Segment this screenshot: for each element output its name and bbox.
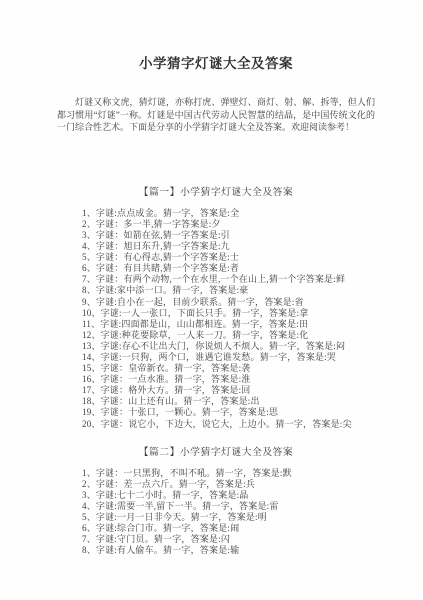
riddle-item: 16、字谜：一点水准。猜一字，答案是:淮 [82,374,375,385]
riddle-item: 6、字谜:综合门市。猜一字，答案是:闹 [82,523,375,534]
riddle-item: 19、字谜：十张口，一颗心。猜一字，答案是:思 [82,407,375,418]
riddle-item: 1、字谜:点点成金。猜一字，答案是:全 [82,208,375,219]
riddle-list: 1、字谜：一只黑狗，不叫不吼。猜一字，答案是:默2、字谜：差一点六斤。猜一字，答… [82,468,375,557]
riddle-item: 3、字谜:七十二小时。猜一字，答案是:晶 [82,490,375,501]
riddle-item: 5、字谜:一月一日非今天。猜一字，答案是:明 [82,512,375,523]
riddle-item: 20、字谜：说它小，下边大，说它大，上边小。猜一字，答案是:尖 [82,419,375,430]
sections-container: 【篇一】小学猜字灯谜大全及答案1、字谜:点点成金。猜一字，答案是:全2、字谜：多… [57,184,375,557]
riddle-item: 8、字谜:有人偷车。猜一字，答案是:输 [82,545,375,556]
riddle-item: 11、字谜:四面都是山，山山都相连。猜一字，答案是:田 [82,319,375,330]
riddle-section: 【篇二】小学猜字灯谜大全及答案1、字谜：一只黑狗，不叫不吼。猜一字，答案是:默2… [57,444,375,557]
riddle-item: 2、字谜：差一点六斤。猜一字，答案是:兵 [82,479,375,490]
riddle-item: 10、字谜:一人一张口，下面长只手。猜一字，答案是:拿 [82,308,375,319]
riddle-item: 14、字谜:一只狗，两个口，谁遇它谁发愁。猜一字，答案是:哭 [82,352,375,363]
riddle-item: 17、字谜：格外大方。猜一字，答案是:回 [82,385,375,396]
riddle-item: 5、字谜：有心得志,猜一个字答案是:士 [82,252,375,263]
riddle-item: 8、字谜:家中添一口。猜一字，答案是:豪 [82,285,375,296]
section-heading: 【篇二】小学猜字灯谜大全及答案 [57,444,375,458]
intro-paragraph: 灯谜又称文虎，猜灯谜，亦称打虎、弹壁灯、商灯、射、解、拆等，但人们都习惯用“灯谜… [57,96,375,134]
riddle-item: 12、字谜:种花要除草，一人来一刀。猜一字，答案是:化 [82,330,375,341]
riddle-item: 3、字谜：如箭在弦,猜一字答案是:引 [82,230,375,241]
page-title: 小学猜字灯谜大全及答案 [57,52,375,72]
riddle-item: 7、字谜:守门员。猜一字，答案是:闪 [82,534,375,545]
riddle-item: 13、字谜:存心不让出大门，你说烦人不烦人。猜一字，答案是:闷 [82,341,375,352]
riddle-item: 18、字谜：山上还有山。猜一字，答案是:出 [82,396,375,407]
riddle-item: 1、字谜：一只黑狗，不叫不吼。猜一字，答案是:默 [82,468,375,479]
riddle-section: 【篇一】小学猜字灯谜大全及答案1、字谜:点点成金。猜一字，答案是:全2、字谜：多… [57,184,375,430]
riddle-list: 1、字谜:点点成金。猜一字，答案是:全2、字谜：多一半,猜一字答案是:夕3、字谜… [82,208,375,430]
riddle-item: 9、字谜:自小在一起，目前少联系。猜一字，答案是:省 [82,297,375,308]
section-heading: 【篇一】小学猜字灯谜大全及答案 [57,184,375,198]
riddle-item: 4、字谜：旭日东升,猜一字答案是:九 [82,241,375,252]
riddle-item: 2、字谜：多一半,猜一字答案是:夕 [82,219,375,230]
riddle-item: 4、字谜:需要一半,留下一半。猜一字，答案是:雷 [82,501,375,512]
riddle-item: 6、字谜：有目共睹,猜一个字答案是:者 [82,263,375,274]
document-page: 小学猜字灯谜大全及答案 灯谜又称文虎，猜灯谜，亦称打虎、弹壁灯、商灯、射、解、拆… [0,0,423,600]
riddle-item: 7、字谜：有两个动物,一个在水里,一个在山上,猜一个字答案是:鲜 [82,274,375,285]
riddle-item: 15、字谜：皇帝新衣。猜一字，答案是:袭 [82,363,375,374]
